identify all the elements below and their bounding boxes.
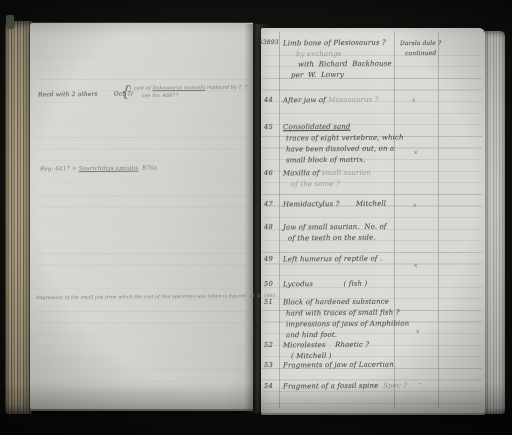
register-line: Hemidactylus ? Mitchell [283,201,386,209]
register-line: have been dissolved out, on a [286,146,394,154]
register-line: of the same ? [291,181,340,188]
left-page-annotation: Reg: 6417 = Saurichthys apicalis R76a [40,166,157,173]
register-line: ( Mitchell ) [291,353,332,360]
left-page [30,23,253,409]
handwriting-segment: Left humerus of reptile of . [283,255,382,264]
handwriting-segment: of the same ? [291,180,340,188]
handwriting-segment: of the teeth on the side. [288,234,376,243]
entry-number: 51 [264,299,273,306]
entry-number: 46 [264,170,273,177]
entry-number: 53893 [259,40,279,46]
handwriting-segment: and hind foot. [286,331,337,339]
entry-number: 54 [264,383,273,390]
register-line: Microlestes Rhaetic ? [283,342,369,350]
left-page-annotation: see No. 46877 [142,95,179,100]
entry-number: 53 [264,362,273,369]
handwriting-segment: Reg: 6417 = [40,166,79,172]
handwriting-segment: replaced by T. ? [205,85,247,90]
register-line: of the teeth on the side. [288,235,376,243]
handwriting-segment: Jaw of small saurian. No. of [283,223,387,232]
register-line: small block of matrix. [286,157,366,165]
handwriting-segment: 48 [264,223,273,231]
handwriting-segment: small saurian [322,169,371,177]
entry-number: 50 [264,281,273,288]
register-line: Maxilla of small saurian [283,170,371,178]
handwriting-segment: x [416,328,420,335]
handwriting-segment: 49 [264,255,273,263]
ditto-mark: x [414,150,418,156]
register-line: Jaw of small saurian. No. of [283,224,387,232]
handwriting-segment: traces of eight vertebrae, which [286,133,404,142]
handwriting-segment: x [414,149,418,156]
description-column-rule [394,32,395,408]
handwriting-segment: x [413,202,417,209]
handwriting-segment: 44 [264,96,273,104]
handwriting-segment: 46 [264,169,273,177]
handwriting-segment: hard with traces of small fish ? [286,309,400,318]
handwriting-segment: 50 [264,280,273,288]
handwriting-segment: 53 [264,361,273,369]
handwriting-segment: Fragment of a fossil spine [283,382,383,391]
locality-column-rule [438,32,439,408]
handwriting-segment: ( Mitchell ) [291,352,332,360]
register-line: Fragments of jaw of Lacertian [283,362,394,370]
register-line: Lycodus ( fish ) [283,281,367,289]
register-line: and hind foot. [286,332,337,339]
left-page-edge-stack [5,21,32,414]
handwriting-segment: Maxilla of [283,169,322,177]
handwriting-segment: continued [405,50,436,57]
register-line: Consolidated sand [283,124,351,132]
ditto-mark: - [419,381,421,387]
entry-number: 48 [264,224,273,231]
ditto-mark: x [414,263,418,269]
handwriting-segment: x [412,97,416,104]
handwriting-segment: Recd with 2 others Oct 7/ [38,91,133,99]
register-line: by exchange [296,51,342,58]
register-line: Limb bone of Plesiosaurus ? [283,40,386,48]
entry-number: 44 [264,97,273,104]
handwriting-segment: 1 cast of [129,86,152,91]
register-line: After jaw of Mosasaurus ? [283,97,379,105]
handwriting-segment: Fragments of jaw of Lacertian [283,361,394,370]
handwriting-segment: - [419,380,421,387]
handwriting-segment: 54 [264,382,273,390]
entry-number: 47 [264,201,273,208]
handwriting-segment: see No. 46877 [142,94,179,99]
handwriting-segment: Mosasaurus ? [328,96,378,104]
handwriting-segment: 45 [264,123,273,131]
handwriting-segment: Consolidated sand [283,123,351,132]
register-line: with Richard Backhouse [298,61,392,69]
handwriting-segment: by exchange [296,50,342,58]
handwriting-segment: Darsla dale ? [400,40,441,47]
register-line: per W. Lowry [291,72,344,79]
handwriting-segment: Hemidactylus ? Mitchell [283,200,386,209]
handwriting-segment: Saurichthys apicalis [79,166,139,173]
entry-number: 45 [264,124,273,131]
register-line: traces of eight vertebrae, which [286,134,404,142]
register-line: hard with traces of small fish ? [286,310,400,318]
handwriting-segment: 47 [264,200,273,208]
book-cover-edge [6,15,14,29]
handwriting-segment: Lycodus ( fish ) [283,280,367,289]
handwriting-segment: After jaw of [283,96,328,104]
ditto-mark: x [412,98,416,104]
right-page-edge-stack [485,31,505,414]
left-page-annotation: Recd with 2 others Oct 7/ [38,92,133,99]
handwriting-segment: with Richard Backhouse [298,60,392,69]
ditto-mark: x [413,203,417,209]
handwriting-segment: 53893 [259,39,279,46]
handwriting-segment: impressions of jaws of Amphibian [286,319,409,328]
ditto-mark: x [416,329,420,335]
handwriting-segment: 51 [264,298,273,306]
register-line: Block of hardened substance [283,299,389,307]
register-photo: {Recd with 2 others Oct 7/1 cast of Dako… [0,0,512,435]
handwriting-segment: Dakosaurus manselii [152,86,205,91]
locality-header: continued [405,51,436,57]
entry-number: 52 [264,342,273,349]
handwriting-segment: R76a [138,165,157,171]
register-line: Fragment of a fossil spine Spec ? [283,382,407,390]
number-column-rule [279,32,280,408]
register-line: impressions of jaws of Amphibian [286,320,409,328]
handwriting-segment: Spec ? [383,381,407,389]
handwriting-segment: Microlestes Rhaetic ? [283,341,369,350]
handwriting-segment: have been dissolved out, on a [286,145,394,154]
handwriting-segment: per W. Lowry [291,71,344,79]
handwriting-segment: Block of hardened substance [283,298,389,307]
register-line: Left humerus of reptile of . [283,256,382,264]
handwriting-segment: x [414,262,418,269]
handwriting-segment: small block of matrix. [286,156,366,165]
handwriting-segment: 52 [264,341,273,349]
handwriting-segment: Limb bone of Plesiosaurus ? [283,39,386,48]
entry-number: 49 [264,256,273,263]
locality-header: Darsla dale ? [400,41,441,47]
